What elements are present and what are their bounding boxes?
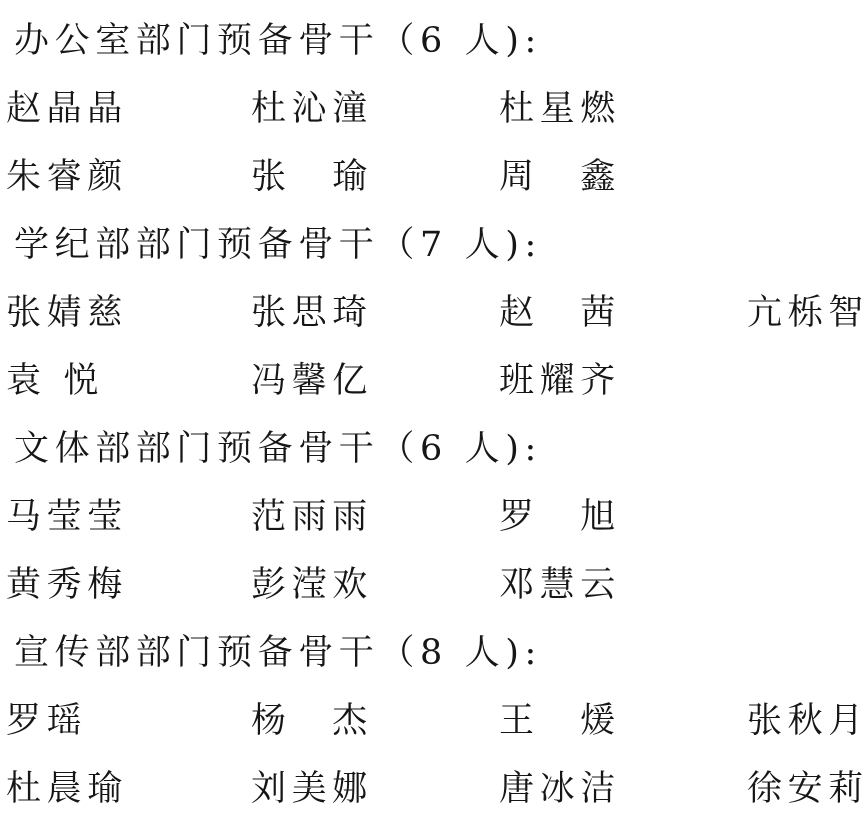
person-name: 罗瑶	[6, 693, 251, 743]
person-name: 亢栎智	[747, 285, 867, 335]
section-header: 宣传部部门预备骨干（8 人):	[6, 616, 867, 684]
person-name: 赵晶晶	[6, 81, 251, 131]
person-name: 袁 悦	[6, 353, 251, 403]
person-name: 徐安莉	[747, 761, 867, 811]
name-row: 马莹莹 范雨雨 罗 旭	[6, 480, 867, 548]
person-name: 杜沁潼	[251, 81, 499, 131]
section-header: 学纪部部门预备骨干（7 人):	[6, 208, 867, 276]
name-row: 赵晶晶 杜沁潼 杜星燃	[6, 72, 867, 140]
name-row: 朱睿颜 张 瑜 周 鑫	[6, 140, 867, 208]
person-name: 王 煖	[499, 693, 747, 743]
person-name: 唐冰洁	[499, 761, 747, 811]
person-name: 周 鑫	[499, 149, 747, 199]
person-name: 冯馨亿	[251, 353, 499, 403]
person-name: 张婧慈	[6, 285, 251, 335]
name-row: 黄秀梅 彭滢欢 邓慧云	[6, 548, 867, 616]
person-name: 张秋月	[747, 693, 867, 743]
person-name: 范雨雨	[251, 489, 499, 539]
person-name: 杨 杰	[251, 693, 499, 743]
person-name: 黄秀梅	[6, 557, 251, 607]
person-name: 赵 茜	[499, 285, 747, 335]
person-name: 彭滢欢	[251, 557, 499, 607]
person-name: 张思琦	[251, 285, 499, 335]
person-name: 班耀齐	[499, 353, 747, 403]
name-row: 杜晨瑜 刘美娜 唐冰洁 徐安莉	[6, 752, 867, 820]
name-row: 张婧慈 张思琦 赵 茜 亢栎智	[6, 276, 867, 344]
person-name: 张 瑜	[251, 149, 499, 199]
roster-document: 办公室部门预备骨干（6 人): 赵晶晶 杜沁潼 杜星燃 朱睿颜 张 瑜 周 鑫 …	[0, 0, 867, 820]
name-row: 袁 悦 冯馨亿 班耀齐	[6, 344, 867, 412]
section-header: 文体部部门预备骨干（6 人):	[6, 412, 867, 480]
person-name: 罗 旭	[499, 489, 747, 539]
person-name: 邓慧云	[499, 557, 747, 607]
person-name: 马莹莹	[6, 489, 251, 539]
section-header: 办公室部门预备骨干（6 人):	[6, 4, 867, 72]
person-name: 杜晨瑜	[6, 761, 251, 811]
person-name: 朱睿颜	[6, 149, 251, 199]
name-row: 罗瑶 杨 杰 王 煖 张秋月	[6, 684, 867, 752]
person-name: 杜星燃	[499, 81, 747, 131]
person-name: 刘美娜	[251, 761, 499, 811]
